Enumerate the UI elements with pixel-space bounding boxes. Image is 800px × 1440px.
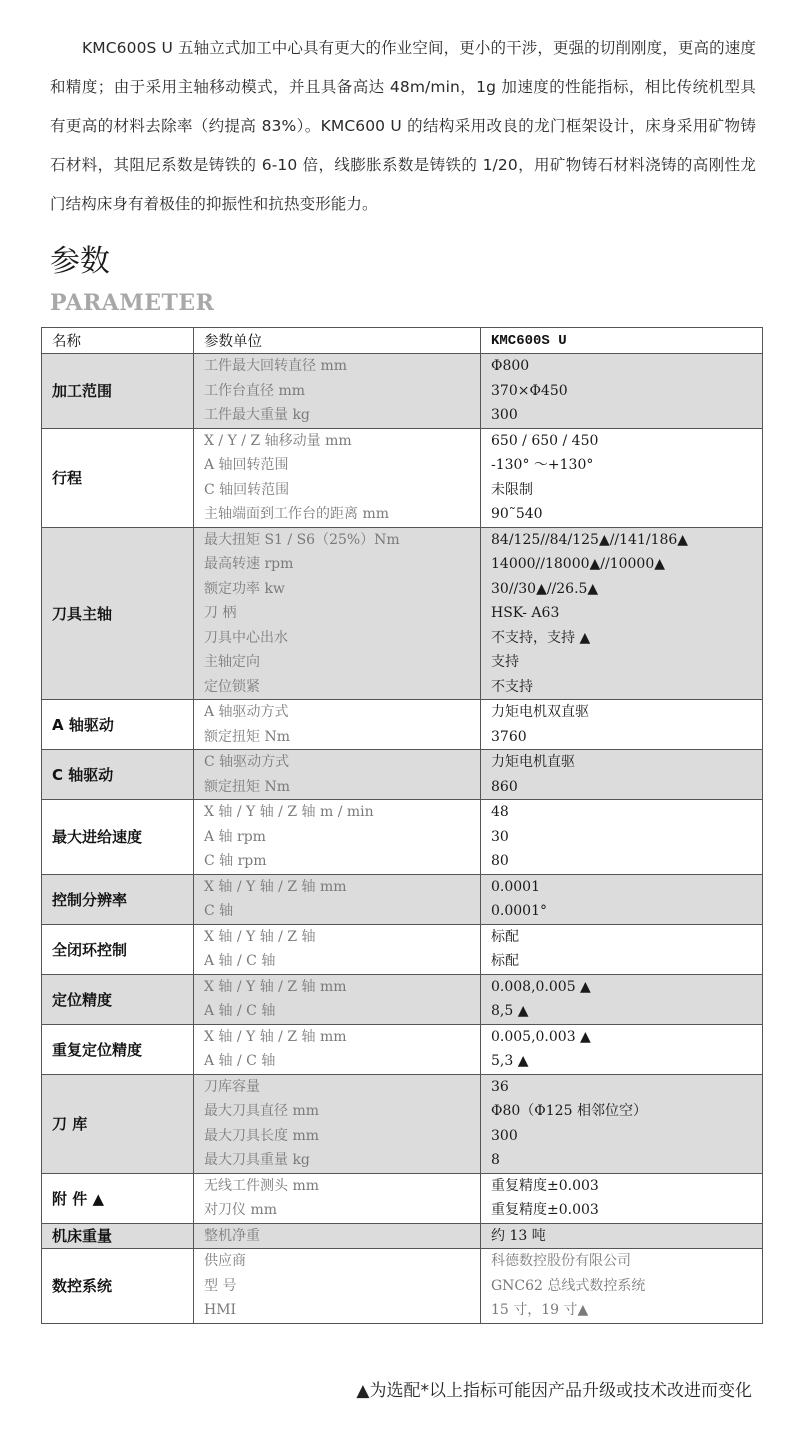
param-label: A 轴驱动方式 xyxy=(204,700,480,725)
param-value: 不支持，支持 ▲ xyxy=(491,626,762,651)
param-value: 标配 xyxy=(491,949,762,974)
param-value: 8 xyxy=(491,1148,762,1173)
param-label: C 轴回转范围 xyxy=(204,478,480,503)
param-label: A 轴 / C 轴 xyxy=(204,1049,480,1074)
row-category: 刀 库 xyxy=(42,1074,194,1173)
param-value: 重复精度±0.003 xyxy=(491,1198,762,1223)
table-row: 刀 库刀库容量最大刀具直径 mm最大刀具长度 mm最大刀具重量 kg36Φ80（… xyxy=(42,1074,763,1173)
param-value: 0.008,0.005 ▲ xyxy=(491,975,762,1000)
param-label: X / Y / Z 轴移动量 mm xyxy=(204,429,480,454)
param-value: HSK- A63 xyxy=(491,601,762,626)
param-label: A 轴 / C 轴 xyxy=(204,949,480,974)
row-category: 机床重量 xyxy=(42,1223,194,1249)
param-value: 300 xyxy=(491,1124,762,1149)
row-category: 加工范围 xyxy=(42,354,194,429)
row-values: 约 13 吨 xyxy=(481,1223,763,1249)
table-row: 刀具主轴最大扭矩 S1 / S6（25%）Nm最高转速 rpm额定功率 kw刀 … xyxy=(42,527,763,700)
param-value: 约 13 吨 xyxy=(491,1224,762,1249)
param-label: 额定功率 kw xyxy=(204,577,480,602)
param-value: 力矩电机直驱 xyxy=(491,750,762,775)
param-value: 科德数控股份有限公司 xyxy=(491,1249,762,1274)
param-label: X 轴 / Y 轴 / Z 轴 mm xyxy=(204,975,480,1000)
param-label: C 轴 rpm xyxy=(204,849,480,874)
row-params: X 轴 / Y 轴 / Z 轴 mmA 轴 / C 轴 xyxy=(194,1024,481,1074)
row-params: 工件最大回转直径 mm工作台直径 mm工件最大重量 kg xyxy=(194,354,481,429)
param-value: 860 xyxy=(491,775,762,800)
param-value: -130° ～+130° xyxy=(491,453,762,478)
param-value: 重复精度±0.003 xyxy=(491,1174,762,1199)
param-label: 供应商 xyxy=(204,1249,480,1274)
param-label: X 轴 / Y 轴 / Z 轴 mm xyxy=(204,875,480,900)
param-label: X 轴 / Y 轴 / Z 轴 mm xyxy=(204,1025,480,1050)
row-params: X 轴 / Y 轴 / Z 轴A 轴 / C 轴 xyxy=(194,924,481,974)
param-value: Φ800 xyxy=(491,354,762,379)
param-value: 0.0001° xyxy=(491,899,762,924)
param-value: 300 xyxy=(491,403,762,428)
param-value: 5,3 ▲ xyxy=(491,1049,762,1074)
row-params: 刀库容量最大刀具直径 mm最大刀具长度 mm最大刀具重量 kg xyxy=(194,1074,481,1173)
param-value: GNC62 总线式数控系统 xyxy=(491,1274,762,1299)
param-label: X 轴 / Y 轴 / Z 轴 xyxy=(204,925,480,950)
param-label: 整机净重 xyxy=(204,1224,480,1249)
param-label: A 轴 / C 轴 xyxy=(204,999,480,1024)
table-row: A 轴驱动A 轴驱动方式额定扭矩 Nm力矩电机双直驱3760 xyxy=(42,700,763,750)
param-label: A 轴回转范围 xyxy=(204,453,480,478)
row-values: 力矩电机直驱860 xyxy=(481,750,763,800)
table-row: 最大进给速度X 轴 / Y 轴 / Z 轴 m / minA 轴 rpmC 轴 … xyxy=(42,800,763,875)
row-category: 行程 xyxy=(42,428,194,527)
param-value: 3760 xyxy=(491,725,762,750)
param-label: 额定扭矩 Nm xyxy=(204,725,480,750)
table-row: 加工范围工件最大回转直径 mm工作台直径 mm工件最大重量 kgΦ800370×… xyxy=(42,354,763,429)
param-value: 30//30▲//26.5▲ xyxy=(491,577,762,602)
param-label: 最大刀具重量 kg xyxy=(204,1148,480,1173)
row-category: 全闭环控制 xyxy=(42,924,194,974)
row-values: 标配标配 xyxy=(481,924,763,974)
table-row: 重复定位精度X 轴 / Y 轴 / Z 轴 mmA 轴 / C 轴0.005,0… xyxy=(42,1024,763,1074)
param-label: HMI xyxy=(204,1298,480,1323)
row-values: 0.008,0.005 ▲8,5 ▲ xyxy=(481,974,763,1024)
param-label: 主轴定向 xyxy=(204,650,480,675)
row-values: 重复精度±0.003重复精度±0.003 xyxy=(481,1173,763,1223)
row-values: 0.005,0.003 ▲5,3 ▲ xyxy=(481,1024,763,1074)
header-model: KMC600S U xyxy=(481,328,763,354)
row-category: A 轴驱动 xyxy=(42,700,194,750)
row-values: 650 / 650 / 450-130° ～+130°未限制90˜540 xyxy=(481,428,763,527)
row-category: 控制分辨率 xyxy=(42,874,194,924)
row-category: 最大进给速度 xyxy=(42,800,194,875)
param-value: 84/125//84/125▲//141/186▲ xyxy=(491,528,762,553)
param-value: 15 寸，19 寸▲ xyxy=(491,1298,762,1323)
table-body: 加工范围工件最大回转直径 mm工作台直径 mm工件最大重量 kgΦ800370×… xyxy=(42,354,763,1324)
table-row: 行程X / Y / Z 轴移动量 mmA 轴回转范围C 轴回转范围主轴端面到工作… xyxy=(42,428,763,527)
param-value: 8,5 ▲ xyxy=(491,999,762,1024)
table-row: C 轴驱动C 轴驱动方式额定扭矩 Nm力矩电机直驱860 xyxy=(42,750,763,800)
param-label: 工件最大重量 kg xyxy=(204,403,480,428)
param-value: 80 xyxy=(491,849,762,874)
param-value: 650 / 650 / 450 xyxy=(491,429,762,454)
param-label: X 轴 / Y 轴 / Z 轴 m / min xyxy=(204,800,480,825)
param-value: 标配 xyxy=(491,925,762,950)
row-params: X 轴 / Y 轴 / Z 轴 m / minA 轴 rpmC 轴 rpm xyxy=(194,800,481,875)
row-params: C 轴驱动方式额定扭矩 Nm xyxy=(194,750,481,800)
param-value: 30 xyxy=(491,825,762,850)
section-subtitle: PARAMETER xyxy=(50,290,214,316)
param-label: 无线工件测头 mm xyxy=(204,1174,480,1199)
table-row: 控制分辨率X 轴 / Y 轴 / Z 轴 mmC 轴0.00010.0001° xyxy=(42,874,763,924)
intro-paragraph: KMC600S U 五轴立式加工中心具有更大的作业空间，更小的干涉，更强的切削刚… xyxy=(50,29,756,224)
param-value: Φ80（Φ125 相邻位空） xyxy=(491,1099,762,1124)
param-label: 型 号 xyxy=(204,1274,480,1299)
intro-text: KMC600S U 五轴立式加工中心具有更大的作业空间，更小的干涉，更强的切削刚… xyxy=(50,29,756,224)
param-label: 最大刀具直径 mm xyxy=(204,1099,480,1124)
param-value: 0.0001 xyxy=(491,875,762,900)
row-values: 力矩电机双直驱3760 xyxy=(481,700,763,750)
param-value: 支持 xyxy=(491,650,762,675)
param-label: 最高转速 rpm xyxy=(204,552,480,577)
param-label: 工件最大回转直径 mm xyxy=(204,354,480,379)
param-label: 刀库容量 xyxy=(204,1075,480,1100)
param-label: 刀具中心出水 xyxy=(204,626,480,651)
param-value: 36 xyxy=(491,1075,762,1100)
param-value: 力矩电机双直驱 xyxy=(491,700,762,725)
table-row: 数控系统供应商型 号HMI科德数控股份有限公司GNC62 总线式数控系统15 寸… xyxy=(42,1249,763,1324)
row-params: 无线工件测头 mm对刀仪 mm xyxy=(194,1173,481,1223)
row-values: 0.00010.0001° xyxy=(481,874,763,924)
param-label: 定位锁紧 xyxy=(204,675,480,700)
row-category: 重复定位精度 xyxy=(42,1024,194,1074)
param-label: 主轴端面到工作台的距离 mm xyxy=(204,502,480,527)
row-category: C 轴驱动 xyxy=(42,750,194,800)
row-params: X 轴 / Y 轴 / Z 轴 mmC 轴 xyxy=(194,874,481,924)
row-values: Φ800370×Φ450300 xyxy=(481,354,763,429)
row-params: 整机净重 xyxy=(194,1223,481,1249)
row-category: 附 件 ▲ xyxy=(42,1173,194,1223)
row-params: X 轴 / Y 轴 / Z 轴 mmA 轴 / C 轴 xyxy=(194,974,481,1024)
table-row: 定位精度X 轴 / Y 轴 / Z 轴 mmA 轴 / C 轴0.008,0.0… xyxy=(42,974,763,1024)
row-values: 483080 xyxy=(481,800,763,875)
row-category: 数控系统 xyxy=(42,1249,194,1324)
table-header-row: 名称 参数单位 KMC600S U xyxy=(42,328,763,354)
param-label: 对刀仪 mm xyxy=(204,1198,480,1223)
footnote: ▲为选配*以上指标可能因产品升级或技术改进而变化 xyxy=(356,1376,752,1401)
param-label: C 轴 xyxy=(204,899,480,924)
param-value: 未限制 xyxy=(491,478,762,503)
param-label: 额定扭矩 Nm xyxy=(204,775,480,800)
param-value: 90˜540 xyxy=(491,502,762,527)
section-title: 参数 xyxy=(50,236,110,280)
row-params: 供应商型 号HMI xyxy=(194,1249,481,1324)
param-value: 370×Φ450 xyxy=(491,379,762,404)
row-params: A 轴驱动方式额定扭矩 Nm xyxy=(194,700,481,750)
param-value: 0.005,0.003 ▲ xyxy=(491,1025,762,1050)
table-row: 附 件 ▲无线工件测头 mm对刀仪 mm重复精度±0.003重复精度±0.003 xyxy=(42,1173,763,1223)
row-category: 定位精度 xyxy=(42,974,194,1024)
table-row: 机床重量整机净重约 13 吨 xyxy=(42,1223,763,1249)
param-label: 最大扭矩 S1 / S6（25%）Nm xyxy=(204,528,480,553)
header-name: 名称 xyxy=(42,328,194,354)
row-values: 36Φ80（Φ125 相邻位空）3008 xyxy=(481,1074,763,1173)
row-params: 最大扭矩 S1 / S6（25%）Nm最高转速 rpm额定功率 kw刀 柄刀具中… xyxy=(194,527,481,700)
param-label: 刀 柄 xyxy=(204,601,480,626)
param-value: 48 xyxy=(491,800,762,825)
param-value: 14000//18000▲//10000▲ xyxy=(491,552,762,577)
table-row: 全闭环控制X 轴 / Y 轴 / Z 轴A 轴 / C 轴标配标配 xyxy=(42,924,763,974)
parameter-table: 名称 参数单位 KMC600S U 加工范围工件最大回转直径 mm工作台直径 m… xyxy=(41,327,763,1324)
param-label: C 轴驱动方式 xyxy=(204,750,480,775)
header-param-unit: 参数单位 xyxy=(194,328,481,354)
row-values: 84/125//84/125▲//141/186▲14000//18000▲//… xyxy=(481,527,763,700)
row-values: 科德数控股份有限公司GNC62 总线式数控系统15 寸，19 寸▲ xyxy=(481,1249,763,1324)
row-params: X / Y / Z 轴移动量 mmA 轴回转范围C 轴回转范围主轴端面到工作台的… xyxy=(194,428,481,527)
param-value: 不支持 xyxy=(491,675,762,700)
param-label: A 轴 rpm xyxy=(204,825,480,850)
row-category: 刀具主轴 xyxy=(42,527,194,700)
param-label: 最大刀具长度 mm xyxy=(204,1124,480,1149)
param-label: 工作台直径 mm xyxy=(204,379,480,404)
